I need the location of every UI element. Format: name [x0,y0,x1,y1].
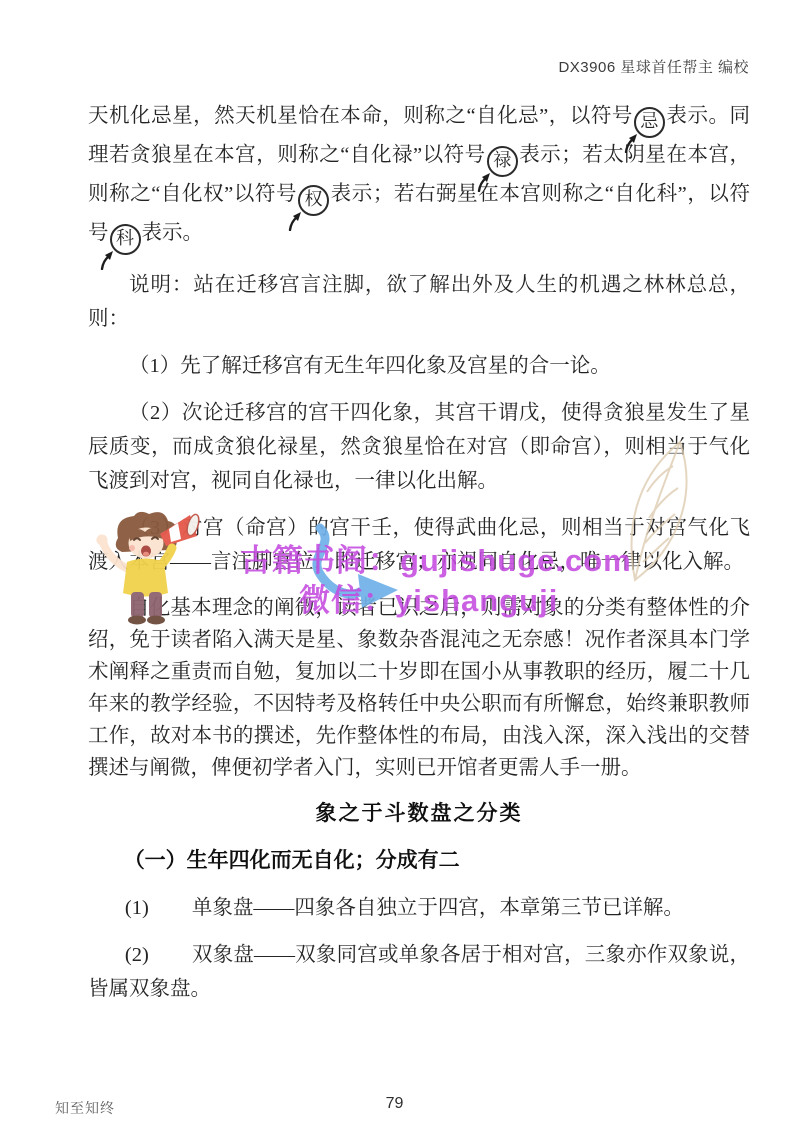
paragraph-item-3: （3）对宫（命宫）的宫干壬，使得武曲化忌，则相当于对宫气化飞渡入本宫——言注脚宫… [88,511,750,579]
paragraph-item-1: （1）先了解迁移宫有无生年四化象及宫星的合一论。 [88,349,750,383]
arrow-up-right-icon [623,134,640,153]
list-item-number: (2) [125,944,192,966]
paragraph-symbols: 天机化忌星，然天机星恰在本命，则称之“自化忌”，以符号忌表示。同理若贪狼星在本宫… [88,99,750,255]
header-credit: DX3906 星球首任帮主 编校 [558,56,749,77]
paragraph-note: 说明：站在迁移宫言注脚，欲了解出外及人生的机遇之林林总总，则： [88,268,750,336]
text-run: 表示。 [142,222,204,244]
circled-char-ke: 科 [110,224,141,255]
arrow-up-right-icon [99,251,116,270]
paragraph-item-2: （2）次论迁移宫的宫干四化象，其宫干谓戊，使得贪狼星发生了星辰质变，而成贪狼化禄… [88,396,750,498]
list-item: (1)单象盘——四象各自独立于四宫，本章第三节已详解。 [88,891,750,925]
list-item-text: 单象盘——四象各自独立于四宫，本章第三节已详解。 [192,897,684,919]
list-item-number: (1) [125,897,192,919]
section-subtitle: （一）生年四化而无自化；分成有二 [88,844,750,878]
body-text: 天机化忌星，然天机星恰在本命，则称之“自化忌”，以符号忌表示。同理若贪狼星在本宫… [88,99,750,1019]
circled-char-ji: 忌 [634,107,665,138]
circled-char-quan: 权 [298,185,329,216]
section-title: 象之于斗数盘之分类 [88,797,750,831]
arrow-up-right-icon [476,173,493,192]
paragraph-closing: 自化基本理念的阐微，读者已识之后，则需对象的分类有整体性的介绍，免于读者陷入满天… [88,592,750,784]
text-run: 天机化忌星，然天机星恰在本命，则称之“自化忌”，以符号 [88,105,633,127]
circled-char-lu: 禄 [487,146,518,177]
document-page: DX3906 星球首任帮主 编校 天机化忌星，然天机星恰在本命，则称之“自化忌”… [0,0,789,1137]
list-item: (2)双象盘——双象同宫或单象各居于相对宫，三象亦作双象说，皆属双象盘。 [88,938,750,1006]
page-number: 79 [0,1095,789,1113]
arrow-up-right-icon [287,212,304,231]
